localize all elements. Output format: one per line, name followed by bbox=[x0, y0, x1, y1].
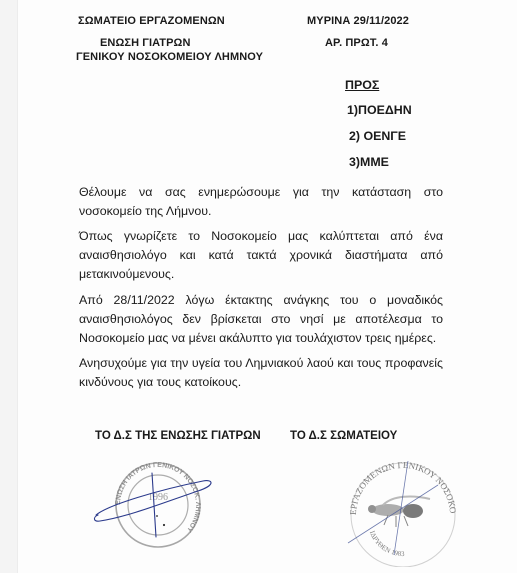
hospital-name: ΓΕΝΙΚΟΥ ΝΟΣΟΚΟΜΕΙΟΥ ΛΗΜΝΟΥ bbox=[76, 51, 263, 63]
recipient-item: 3)ΜΜΕ bbox=[349, 155, 389, 169]
letter-page: ΣΩΜΑΤΕΙΟ ΕΡΓΑΖΟΜΕΝΩΝ ΕΝΩΣΗ ΓΙΑΤΡΩΝ ΓΕΝΙΚ… bbox=[18, 0, 517, 573]
paragraph: Ανησυχούμε για την υγεία του Λημνιακού λ… bbox=[79, 354, 443, 392]
protocol-number: ΑΡ. ΠΡΩΤ. 4 bbox=[325, 37, 388, 49]
left-signature-title: ΤΟ Δ.Σ ΤΗΣ ΕΝΩΣΗΣ ΓΙΑΤΡΩΝ bbox=[95, 430, 261, 442]
recipient-item: 2) ΟΕΝΓΕ bbox=[349, 129, 406, 143]
paragraph: Όπως γνωρίζετε το Νοσοκομείο μας καλύπτε… bbox=[79, 227, 443, 284]
svg-text:ΙΔΡΥΘΕΝ 1983: ΙΔΡΥΘΕΝ 1983 bbox=[368, 530, 405, 558]
recipients-label: ΠΡΟΣ bbox=[345, 78, 379, 92]
paragraph: Θέλουμε να σας ενημερώσουμε για την κατά… bbox=[79, 183, 443, 221]
right-signature-title: ΤΟ Δ.Σ ΣΩΜΑΤΕΙΟΥ bbox=[290, 430, 397, 442]
union-name: ΣΩΜΑΤΕΙΟ ΕΡΓΑΖΟΜΕΝΩΝ bbox=[78, 15, 225, 27]
recipient-item: 1)ΠΟΕΔΗΝ bbox=[347, 103, 412, 117]
workers-union-stamp: ΕΡΓΑΖΟΜΕΝΩΝ ΓΕΝΙΚΟΥ ΝΟΣΟΚΟΜΕΙΟΥ ΙΔΡΥΘΕΝ … bbox=[338, 455, 468, 567]
doctors-union-stamp: ΕΝΩΣΗ ΙΑΤΡΩΝ ΓΕΝΙΚΟΥ ΝΟΣΟΚ. ΛΗΜΝΟΥ 1996 bbox=[88, 455, 228, 555]
doctors-union-name: ΕΝΩΣΗ ΓΙΑΤΡΩΝ bbox=[100, 37, 191, 49]
paragraph-text: Όπως γνωρίζετε το Νοσοκομείο μας καλύπτε… bbox=[79, 227, 443, 284]
paragraph-text: Ανησυχούμε για την υγεία του Λημνιακού λ… bbox=[79, 354, 443, 392]
paragraph: Από 28/11/2022 λόγω έκτακτης ανάγκης του… bbox=[79, 291, 443, 348]
paragraph-text: Από 28/11/2022 λόγω έκτακτης ανάγκης του… bbox=[79, 291, 443, 348]
paragraph-text: Θέλουμε να σας ενημερώσουμε για την κατά… bbox=[79, 183, 443, 221]
place-date: ΜΥΡΙΝΑ 29/11/2022 bbox=[307, 15, 409, 27]
